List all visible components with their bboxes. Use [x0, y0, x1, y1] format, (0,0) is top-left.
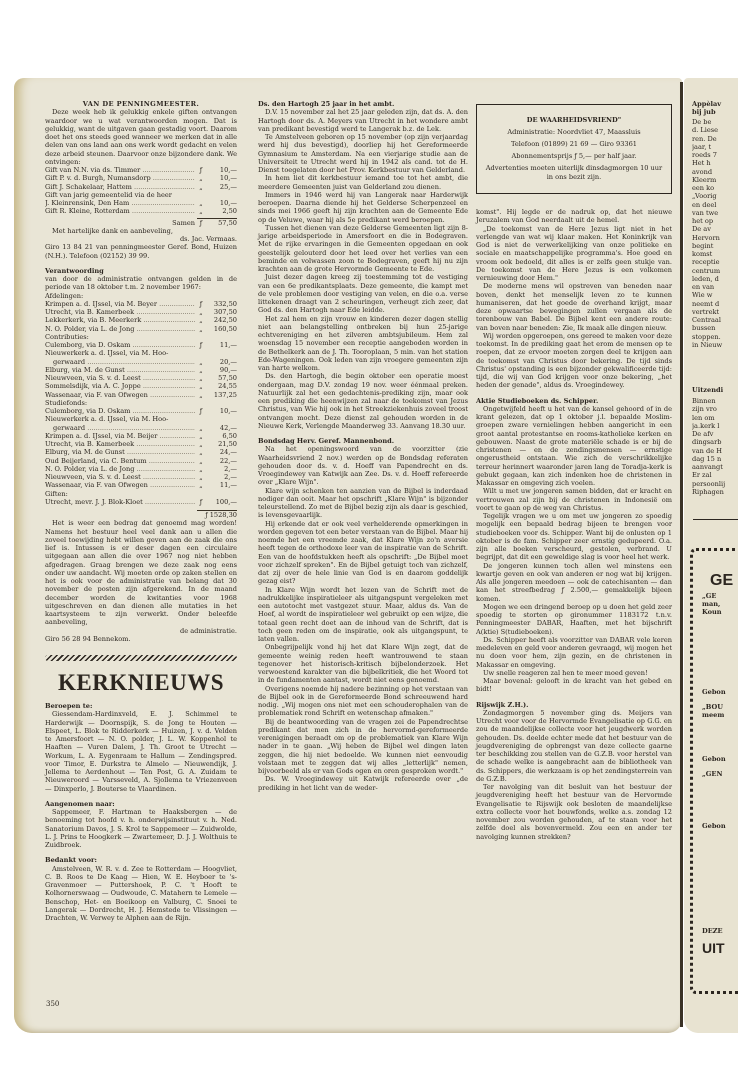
row-label: Nieuwveen, via S. v. d. Leest — [45, 374, 195, 382]
row-currency: „ — [195, 448, 207, 456]
next-title-1: Appèlav — [692, 100, 738, 108]
gifts-total: Samen ƒ 57,50 — [45, 219, 237, 227]
kerknieuws-text: Amstelveen, W. R. v. d. Zee te Rotterdam… — [45, 865, 237, 923]
row-currency: „ — [195, 199, 207, 207]
row-amount: 90,— — [207, 366, 237, 374]
paragraph: Onbegrijpelijk vond hij het dat Klare Wi… — [258, 643, 468, 684]
amount-row: Utrecht, via B. Kamerbeek„21,50 — [45, 440, 237, 448]
rijswijk-title: Rijswijk Z.H.). — [476, 701, 672, 709]
amount-row: N. O. Polder, via L. de Jong„2,— — [45, 465, 237, 473]
row-currency: „ — [195, 473, 207, 481]
continued-article: komst". Hij legde er de nadruk op, dat h… — [476, 208, 672, 390]
row-label: Gift van jarig gemeentelid via de heer — [45, 191, 195, 199]
fragment-line: persoonlij — [692, 480, 738, 488]
fragment-line: receptie — [692, 258, 738, 266]
box-title: DE WAARHEIDSVRIEND" — [483, 116, 665, 125]
row-currency: „ — [195, 325, 207, 333]
row-amount — [207, 191, 237, 199]
ad-bou: „BOU — [702, 703, 723, 711]
fragment-line: Het h — [692, 159, 738, 167]
paragraph: Het zal hem en zijn vrouw en kinderen de… — [258, 315, 468, 373]
fragment-line: van de H — [692, 447, 738, 455]
amount-row: gerwaard„42,— — [45, 424, 237, 432]
fragment-line: centrum — [692, 267, 738, 275]
fragment-line: De afv — [692, 430, 738, 438]
paragraph: D.V. 15 november zal het 25 jaar geleden… — [258, 108, 468, 133]
closing: Met hartelijke dank en aanbeveling, — [45, 227, 237, 235]
page-number: 350 — [46, 1000, 59, 1008]
paragraph: Wilt u met uw jongeren samen bidden, dat… — [476, 487, 672, 512]
row-amount — [207, 415, 237, 423]
paragraph: De jongeren kunnen toch allen wel minste… — [476, 562, 672, 603]
row-amount: 10,— — [207, 174, 237, 182]
row-currency: „ — [195, 440, 207, 448]
row-label: Utrecht, via B. Kamerbeek — [45, 440, 195, 448]
row-currency — [195, 415, 207, 423]
fragment-line: dingsarb — [692, 438, 738, 446]
fragment-line: zijn vro — [692, 405, 738, 413]
amount-row: Utrecht, mevr. J. J. Blok-Kloetƒ100,— — [45, 498, 237, 506]
row-label: Gift R. Kleine, Rotterdam — [45, 207, 195, 215]
row-currency: „ — [195, 183, 207, 191]
fragment-line: een ko — [692, 184, 738, 192]
fragment-line: len om — [692, 414, 738, 422]
row-amount — [207, 349, 237, 357]
paragraph: Te Amstelveen geboren op 15 november (op… — [258, 133, 468, 174]
column-3: DE WAARHEIDSVRIEND" Administratie: Noord… — [476, 104, 672, 841]
row-label: Sommelsdijk, via A. C. Joppe — [45, 382, 195, 390]
column-2: Ds. den Hartogh 25 jaar in het ambt. D.V… — [258, 100, 468, 792]
paragraph: Mogen we een dringend beroep op u doen h… — [476, 603, 672, 636]
next-title-2: bij jub — [692, 108, 738, 116]
fragment-line: Hervorn — [692, 234, 738, 242]
fragment-line: d. Liese — [692, 126, 738, 134]
fragment-line: De av — [692, 225, 738, 233]
amount-row: Wassenaar, via F. van Ofwegen„11,— — [45, 481, 237, 489]
paragraph: Hij erkende dat er ook veel verhelderend… — [258, 520, 468, 586]
row-label: N. O. Polder, via L. de Jong — [45, 325, 195, 333]
fragment-line: roeds 7 — [692, 151, 738, 159]
paragraph: Ter navolging van dit besluit van het be… — [476, 783, 672, 841]
fragment-line: ja.kerk l — [692, 422, 738, 430]
row-label: Utrecht, mevr. J. J. Blok-Kloet — [45, 498, 195, 506]
ad-meem: meem — [702, 711, 724, 719]
row-amount: 2,— — [207, 473, 237, 481]
amount-row: Elburg, via M. de Gunst„90,— — [45, 366, 237, 374]
section-heading: Giften: — [45, 490, 237, 498]
row-currency: „ — [195, 207, 207, 215]
row-amount: 10,— — [207, 166, 237, 174]
row-label: Gift J. Schakelaar, Hattem — [45, 183, 195, 191]
row-label: Wassenaar, via F. van Ofwegen — [45, 391, 195, 399]
fragment-line: begint — [692, 242, 738, 250]
amount-row: Oud Beijerland, via C. Bentum„22,— — [45, 457, 237, 465]
amount-row: Gift R. Kleine, Rotterdam„2,50 — [45, 207, 237, 215]
penningmeester-title: VAN DE PENNINGMEESTER. — [45, 100, 237, 108]
hartogh-title: Ds. den Hartogh 25 jaar in het ambt. — [258, 100, 468, 108]
amount-row: Krimpen a. d. IJssel, via M. Beijer„6,50 — [45, 432, 237, 440]
fragment-line: en deel — [692, 201, 738, 209]
giro-info: Giro 13 84 21 van penningmeester Geref. … — [45, 243, 237, 260]
page-gutter — [680, 82, 683, 1027]
fragment-line: komst — [692, 250, 738, 258]
bondsdag-title: Bondsdag Herv. Geref. Mannenbond. — [258, 437, 468, 445]
row-currency: „ — [195, 366, 207, 374]
paragraph: „De toekomst van de Here Jezus ligt niet… — [476, 225, 672, 283]
row-amount: 10,— — [207, 199, 237, 207]
amount-row: J. Kleinrensink, Den Ham„10,— — [45, 199, 237, 207]
fragment-line: aanvangt — [692, 463, 738, 471]
paragraph: Wij worden opgeroepen, ons gereed te mak… — [476, 332, 672, 390]
box-ads: Advertenties moeten uiterlijk dinsdagmor… — [483, 164, 665, 182]
row-currency: ƒ — [195, 166, 207, 174]
paragraph: Overigens noemde hij nadere bezinning op… — [258, 685, 468, 718]
row-label: gerwaard — [45, 424, 195, 432]
amount-row: Elburg, via M. de Gunst„24,— — [45, 448, 237, 456]
fragment-line: stoppen. — [692, 333, 738, 341]
fragment-line: leden, d — [692, 275, 738, 283]
row-amount: 137,25 — [207, 391, 237, 399]
amount-row: Nieuwerkerk a. d. IJssel, via M. Hoo- — [45, 415, 237, 423]
paragraph: Klare wijn schenken ten aanzien van de B… — [258, 487, 468, 520]
verantwoording-list: Afdelingen:Krimpen a. d. IJssel, via M. … — [45, 292, 237, 507]
row-currency: „ — [195, 382, 207, 390]
ad-gebon-1: Gebon — [702, 688, 726, 696]
wavy-divider — [45, 655, 237, 661]
fragment-line: Centraal — [692, 316, 738, 324]
row-currency: „ — [195, 457, 207, 465]
amount-row: Wassenaar, via F. van Ofwegen„137,25 — [45, 391, 237, 399]
verantwoording-title: Verantwoording — [45, 267, 237, 275]
row-label: Nieuwerkerk a. d. IJssel, via M. Hoo- — [45, 349, 195, 357]
waarheidsvriend-box: DE WAARHEIDSVRIEND" Administratie: Noord… — [476, 104, 672, 194]
ad-deze: DEZE — [702, 927, 723, 935]
row-amount: 10,— — [207, 407, 237, 415]
paragraph: Tegelijk vragen we u om met uw jongeren … — [476, 512, 672, 562]
row-currency: „ — [195, 481, 207, 489]
row-amount: 57,50 — [207, 374, 237, 382]
kerknieuws-title: KERKNIEUWS — [45, 671, 237, 695]
aktie-title: Aktie Studieboeken ds. Schipper. — [476, 397, 672, 405]
amount-row: Nieuwerkerk a. d. IJssel, via M. Hoo- — [45, 349, 237, 357]
ad-uit: UIT — [702, 940, 725, 956]
row-amount: 11,— — [207, 341, 237, 349]
amount-row: gerwaard„20,— — [45, 358, 237, 366]
row-label: Gift van N.N. via ds. Timmer — [45, 166, 195, 174]
paragraph: Tussen het dienen van deze Gelderse Geme… — [258, 224, 468, 274]
verantwoording-intro: van door de administratie ontvangen geld… — [45, 275, 237, 292]
penningmeester-intro: Deze week heb ik gelukkig enkele giften … — [45, 108, 237, 166]
row-currency: ƒ — [195, 341, 207, 349]
ad-heading: GE — [710, 572, 733, 590]
next-rule — [693, 519, 738, 520]
ad-gebon-2: Gebon — [702, 755, 726, 763]
row-amount: 100,— — [207, 498, 237, 506]
fragment-line: Er zal — [692, 471, 738, 479]
row-currency: „ — [195, 358, 207, 366]
fragment-line: neemt d — [692, 300, 738, 308]
next-title-3: Uitzendi — [692, 386, 738, 394]
fragment-line: De be — [692, 118, 738, 126]
row-amount: 42,— — [207, 424, 237, 432]
fragment-line: Riphagen — [692, 488, 738, 496]
paragraph: De moderne mens wil opstreven van benede… — [476, 282, 672, 332]
kerknieuws-text: Sappemeer, F. Hartman te Haaksbergen — d… — [45, 808, 237, 849]
kerknieuws-sections: Beroepen te:Giessendam-Hardinxveld, E. J… — [45, 702, 237, 922]
row-amount: 332,50 — [207, 300, 237, 308]
fragment-line: dag 15 n — [692, 455, 738, 463]
paragraph: Uw snelle reageren zal hen te meer moed … — [476, 669, 672, 677]
amount-row: Lekkerkerk, via B. Meerkerk„242,50 — [45, 316, 237, 324]
row-currency: „ — [195, 316, 207, 324]
fragment-line: bussen — [692, 324, 738, 332]
row-amount: 24,55 — [207, 382, 237, 390]
amount-row: Gift van N.N. via ds. Timmerƒ10,— — [45, 166, 237, 174]
kerknieuws-heading: Bedankt voor: — [45, 856, 237, 864]
verantwoording-total: ƒ 1528,30 — [45, 511, 237, 519]
ad-gebon-3: Gebon — [702, 822, 726, 830]
fragment-line: Kleerm — [692, 176, 738, 184]
kerknieuws-heading: Beroepen te: — [45, 702, 237, 710]
row-currency: „ — [195, 424, 207, 432]
row-currency — [195, 349, 207, 357]
gifts-list: Gift van N.N. via ds. Timmerƒ10,—Gift P.… — [45, 166, 237, 216]
row-amount: 2,— — [207, 465, 237, 473]
box-phone: Telefoon (01899) 21 69 — Giro 93361 — [483, 140, 665, 149]
row-currency: ƒ — [195, 300, 207, 308]
administratie-signature: de administratie. — [45, 627, 237, 635]
fragment-line: Wie w — [692, 291, 738, 299]
paragraph: Ds. W. Vroegindewey uit Katwijk refereer… — [258, 775, 468, 792]
row-amount: 24,— — [207, 448, 237, 456]
row-amount: 21,50 — [207, 440, 237, 448]
rijswijk-article: Zondagmorgen 5 november ging ds. Meijers… — [476, 709, 672, 841]
fragment-line: van twe — [692, 209, 738, 217]
row-amount: 2,50 — [207, 207, 237, 215]
paragraph: Immers in 1946 werd hij van Langerak naa… — [258, 191, 468, 224]
fragment-line: avond — [692, 168, 738, 176]
ad-gen: „GEN — [702, 770, 722, 778]
fragment-line: vertrekt — [692, 308, 738, 316]
aktie-article: Ongetwijfeld heeft u het van de kansel g… — [476, 405, 672, 694]
amount-row: Utrecht, via B. Kamerbeek„307,50 — [45, 308, 237, 316]
amount-row: Nieuwveen, via S. v. d. Leest„2,— — [45, 473, 237, 481]
row-currency: „ — [195, 308, 207, 316]
paragraph: Na het openingswoord van de voorzitter (… — [258, 445, 468, 486]
row-label: Culemborg, via D. Oskam — [45, 407, 195, 415]
fragment-line: Binnen — [692, 397, 738, 405]
ad-line-1: „GE — [702, 592, 716, 600]
column-1: VAN DE PENNINGMEESTER. Deze week heb ik … — [45, 100, 237, 922]
amount-row: Krimpen a. d. IJssel, via M. Beyerƒ332,5… — [45, 300, 237, 308]
paragraph: Ds. Schipper heeft als voorzitter van DA… — [476, 636, 672, 669]
administratie-giro: Giro 56 28 94 Bennekom. — [45, 635, 237, 643]
row-currency: „ — [195, 432, 207, 440]
row-currency — [195, 191, 207, 199]
row-label: Culemborg, via D. Oskam — [45, 341, 195, 349]
row-label: Wassenaar, via F. van Ofwegen — [45, 481, 195, 489]
row-amount: 22,— — [207, 457, 237, 465]
row-label: gerwaard — [45, 358, 195, 366]
row-label: Krimpen a. d. IJssel, via M. Beijer — [45, 432, 195, 440]
amount-row: Gift J. Schakelaar, Hattem„25,— — [45, 183, 237, 191]
ad-line-2: man, — [702, 600, 720, 608]
row-label: Oud Beijerland, via C. Bentum — [45, 457, 195, 465]
row-label: Krimpen a. d. IJssel, via M. Beyer — [45, 300, 195, 308]
row-label: Elburg, via M. de Gunst — [45, 366, 195, 374]
fragment-line: „Voorig — [692, 192, 738, 200]
row-currency: ƒ — [195, 407, 207, 415]
row-label: Nieuwerkerk a. d. IJssel, via M. Hoo- — [45, 415, 195, 423]
box-price: Abonnementsprijs ƒ 5,— per half jaar. — [483, 152, 665, 161]
section-heading: Studiefonds: — [45, 399, 237, 407]
fragment-line: jaar, t — [692, 143, 738, 151]
amount-row: Culemborg, via D. Oskamƒ11,— — [45, 341, 237, 349]
row-label: Elburg, via M. de Gunst — [45, 448, 195, 456]
row-label: Lekkerkerk, via B. Meerkerk — [45, 316, 195, 324]
section-heading: Afdelingen: — [45, 292, 237, 300]
next-lines-2: Binnenzijn vrolen omja.kerk lDe afvdings… — [692, 397, 738, 496]
bondsdag-article: Na het openingswoord van de voorzitter (… — [258, 445, 468, 792]
row-label: N. O. Polder, via L. de Jong — [45, 465, 195, 473]
paragraph: Bij de beantwoording van de vragen zei d… — [258, 718, 468, 776]
section-heading: Contributies: — [45, 333, 237, 341]
paragraph: Maar bovenal: gelooft in de kracht van h… — [476, 677, 672, 694]
fragment-line: in Nieuw — [692, 341, 738, 349]
ad-line-3: Koun — [702, 608, 722, 616]
row-label: Utrecht, via B. Kamerbeek — [45, 308, 195, 316]
next-lines-1: De bed. Lieseren. Dejaar, troeds 7Het ha… — [692, 118, 738, 349]
row-currency: „ — [195, 374, 207, 382]
paragraph: komst". Hij legde er de nadruk op, dat h… — [476, 208, 672, 225]
row-currency: „ — [195, 465, 207, 473]
row-amount: 20,— — [207, 358, 237, 366]
row-amount: 6,50 — [207, 432, 237, 440]
fragment-line: ren. De — [692, 135, 738, 143]
row-amount: 307,50 — [207, 308, 237, 316]
amount-row: Culemborg, via D. Oskamƒ10,— — [45, 407, 237, 415]
row-currency: ƒ — [195, 498, 207, 506]
row-amount: 160,50 — [207, 325, 237, 333]
amount-row: Gift van jarig gemeentelid via de heer — [45, 191, 237, 199]
amount-row: N. O. Polder, via L. de Jong„160,50 — [45, 325, 237, 333]
paragraph: In Klare Wijn wordt het lezen van de Sch… — [258, 586, 468, 644]
fragment-line: het op — [692, 217, 738, 225]
paragraph: In hem liet dit kerkbestuur iemand toe t… — [258, 174, 468, 191]
signature: ds. Jac. Vermaas. — [45, 235, 237, 243]
fragment-line: en van — [692, 283, 738, 291]
row-label: J. Kleinrensink, Den Ham — [45, 199, 195, 207]
row-currency: „ — [195, 391, 207, 399]
paragraph: Ongetwijfeld heeft u het van de kansel g… — [476, 405, 672, 488]
verantwoording-body: Het is weer een bedrag dat genoemd mag w… — [45, 519, 237, 626]
kerknieuws-text: Giessendam-Hardinxveld, E. J. Schimmel t… — [45, 710, 237, 793]
row-amount: 242,50 — [207, 316, 237, 324]
paragraph: Juist dezer dagen kreeg zij toestemming … — [258, 273, 468, 314]
row-amount: 11,— — [207, 481, 237, 489]
amount-row: Sommelsdijk, via A. C. Joppe„24,55 — [45, 382, 237, 390]
row-currency: „ — [195, 174, 207, 182]
hartogh-article: D.V. 15 november zal het 25 jaar geleden… — [258, 108, 468, 430]
row-label: Gift P. v. d. Burgh, Numansdorp — [45, 174, 195, 182]
paragraph: Ds. den Hartogh, die begin oktober een o… — [258, 372, 468, 430]
row-label: Nieuwveen, via S. v. d. Leest — [45, 473, 195, 481]
kerknieuws-heading: Aangenomen naar: — [45, 800, 237, 808]
row-amount: 25,— — [207, 183, 237, 191]
paragraph: Zondagmorgen 5 november ging ds. Meijers… — [476, 709, 672, 783]
box-address: Administratie: Noordvliet 47, Maassluis — [483, 128, 665, 137]
amount-row: Nieuwveen, via S. v. d. Leest„57,50 — [45, 374, 237, 382]
amount-row: Gift P. v. d. Burgh, Numansdorp„10,— — [45, 174, 237, 182]
